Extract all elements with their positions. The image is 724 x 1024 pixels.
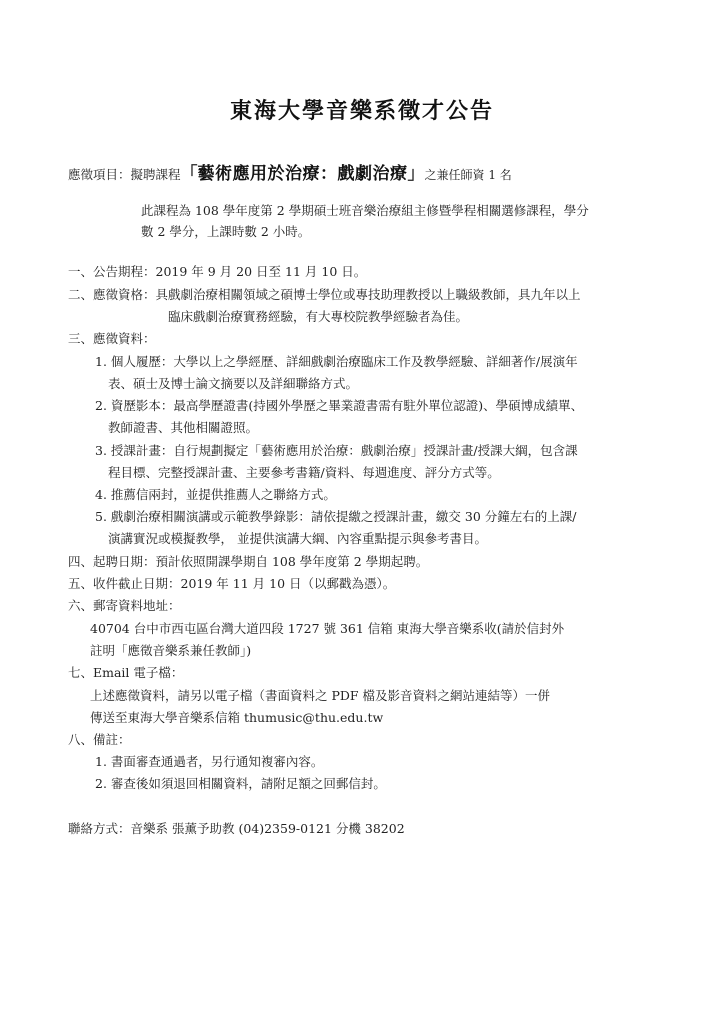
announcement-page: 東海大學音樂系徵才公告 應徵項目：擬聘課程「藝術應用於治療：戲劇治療」之兼任師資… [0, 0, 724, 1024]
email-prefix: 傳送至東海大學音樂系信箱 [90, 710, 244, 725]
section-announcement-period: 一、公告期程：2019 年 9 月 20 日至 11 月 10 日。 [68, 264, 366, 280]
position-line: 應徵項目：擬聘課程「藝術應用於治療：戲劇治療」之兼任師資 1 名 [68, 166, 512, 183]
materials-item-5-line-2: 演講實況或模擬教學， 並提供演講大綱、內容重點提示與參考書目。 [108, 531, 487, 547]
position-suffix: 之兼任師資 1 名 [425, 168, 512, 182]
materials-item-1-line-2: 表、碩士及博士論文摘要以及詳細聯絡方式。 [108, 376, 358, 392]
open-bracket: 「 [181, 164, 198, 184]
mailing-address-line-1: 40704 台中市西屯區台灣大道四段 1727 號 361 信箱 東海大學音樂系… [90, 621, 564, 637]
position-label: 應徵項目：擬聘課程 [68, 167, 181, 182]
materials-item-5-line-1: 5. 戲劇治療相關演講或示範教學錄影：請依提繳之授課計畫，繳交 30 分鐘左右的… [95, 509, 576, 525]
materials-item-2-line-2: 教師證書、其他相關證照。 [108, 420, 258, 436]
email-instructions-line-1: 上述應徵資料，請另以電子檔（書面資料之 PDF 檔及影音資料之網站連結等）一併 [90, 688, 550, 704]
section-email-heading: 七、Email 電子檔： [68, 665, 183, 681]
course-description-line-2: 數 2 學分，上課時數 2 小時。 [141, 224, 310, 240]
section-qualifications-line-1: 二、應徵資格：具戲劇治療相關領域之碩博士學位或專技助理教授以上職級教師，具九年以… [68, 287, 581, 303]
mailing-address-line-2: 註明「應徵音樂系兼任教師」) [90, 643, 251, 659]
close-bracket: 」 [408, 164, 425, 184]
course-description-line-1: 此課程為 108 學年度第 2 學期碩士班音樂治療組主修暨學程相關選修課程，學分 [141, 203, 589, 219]
materials-item-3-line-1: 3. 授課計畫：自行規劃擬定「藝術應用於治療：戲劇治療」授課計畫/授課大綱，包含… [95, 443, 578, 459]
section-deadline: 五、收件截止日期：2019 年 11 月 10 日（以郵戳為憑）。 [68, 576, 395, 592]
materials-item-2-line-1: 2. 資歷影本：最高學歷證書(持國外學歷之畢業證書需有駐外單位認證)、學碩博成績… [95, 398, 583, 414]
course-name: 藝術應用於治療：戲劇治療 [198, 164, 408, 184]
email-instructions-line-2: 傳送至東海大學音樂系信箱 thumusic@thu.edu.tw [90, 710, 383, 726]
section-mailing-heading: 六、郵寄資料地址： [68, 598, 181, 614]
section-materials-heading: 三、應徵資料： [68, 331, 156, 347]
page-title: 東海大學音樂系徵才公告 [0, 94, 724, 125]
notes-item-2: 2. 審查後如須退回相關資料，請附足額之回郵信封。 [95, 776, 386, 792]
contact-info: 聯絡方式：音樂系 張薰予助教 (04)2359-0121 分機 38202 [68, 821, 405, 837]
email-address: thumusic@thu.edu.tw [244, 710, 383, 725]
section-qualifications-line-2: 臨床戲劇治療實務經驗，有大專校院教學經驗者為佳。 [168, 309, 468, 325]
notes-item-1: 1. 書面審查通過者，另行通知複審內容。 [95, 754, 323, 770]
materials-item-3-line-2: 程目標、完整授課計畫、主要參考書籍/資料、每週進度、評分方式等。 [108, 465, 500, 481]
materials-item-4: 4. 推薦信兩封，並提供推薦人之聯絡方式。 [95, 487, 336, 503]
materials-item-1-line-1: 1. 個人履歷：大學以上之學經歷、詳細戲劇治療臨床工作及教學經驗、詳細著作/展演… [95, 354, 578, 370]
section-start-date: 四、起聘日期：預計依照開課學期自 108 學年度第 2 學期起聘。 [68, 554, 428, 570]
section-notes-heading: 八、備註： [68, 732, 131, 748]
